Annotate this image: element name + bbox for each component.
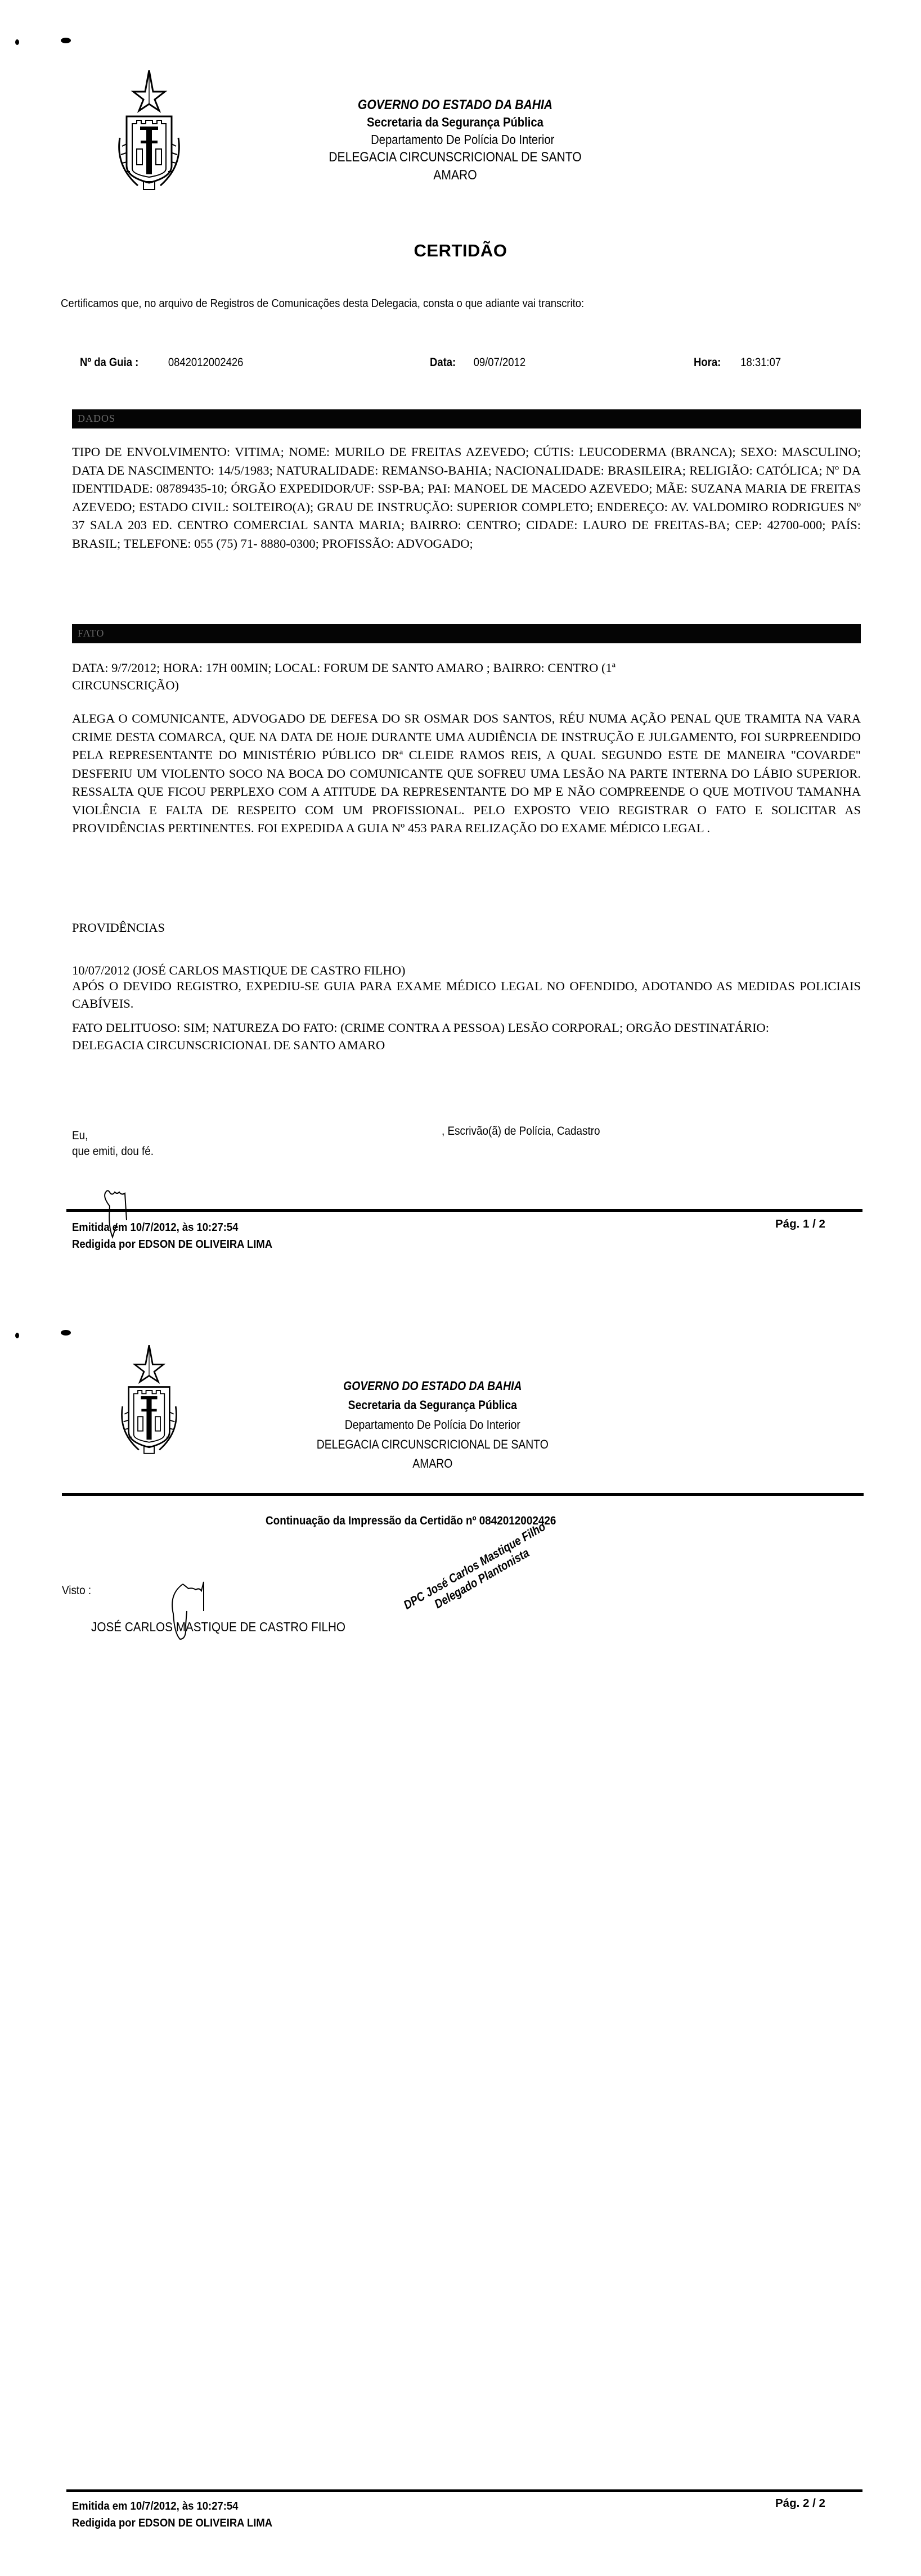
- providencias-entry-text: APÓS O DEVIDO REGISTRO, EXPEDIU-SE GUIA …: [72, 977, 861, 1012]
- letterhead: GOVERNO DO ESTADO DA BAHIA Secretaria da…: [307, 97, 604, 184]
- footer-drafted-by: Redigida por EDSON DE OLIVEIRA LIMA: [72, 1236, 272, 1253]
- fato-delituoso: FATO DELITUOSO: SIM; NATUREZA DO FATO: (…: [72, 1019, 803, 1054]
- station-name: DELEGACIA CIRCUNSCRICIONAL DE SANTO AMAR…: [307, 148, 604, 184]
- page-number: Pág. 1 / 2: [775, 1217, 825, 1231]
- fact-narrative: ALEGA O COMUNICANTE, ADVOGADO DE DEFESA …: [72, 710, 861, 838]
- time-value: 18:31:07: [740, 356, 781, 369]
- secretariat-name: Secretaria da Segurança Pública: [304, 1396, 561, 1415]
- secretariat-name: Secretaria da Segurança Pública: [307, 114, 604, 130]
- providencias-label: PROVIDÊNCIAS: [72, 921, 165, 935]
- section-bar-person: DADOS: [72, 409, 861, 428]
- attestation-escrivao: , Escrivão(ã) de Polícia, Cadastro: [442, 1125, 600, 1138]
- department-name: Departamento De Polícia Do Interior: [304, 1415, 561, 1435]
- guia-number: Nº da Guia : 0842012002426: [80, 356, 243, 369]
- letterhead: GOVERNO DO ESTADO DA BAHIA Secretaria da…: [304, 1377, 561, 1473]
- government-name: GOVERNO DO ESTADO DA BAHIA: [307, 97, 604, 114]
- signatory-name: JOSÉ CARLOS MASTIQUE DE CASTRO FILHO: [91, 1619, 345, 1635]
- attestation-dou-fe: que emiti, dou fé.: [72, 1145, 154, 1158]
- scan-artifact: [61, 38, 71, 43]
- time-label: Hora:: [694, 356, 721, 369]
- signature-mark-icon: [141, 1577, 214, 1645]
- footer-divider: [66, 2489, 862, 2492]
- scan-artifact: [15, 39, 19, 45]
- issue-date: Data: 09/07/2012: [430, 356, 525, 369]
- document-title: CERTIDÃO: [0, 241, 921, 261]
- guia-value: 0842012002426: [168, 356, 244, 369]
- visto-label: Visto :: [62, 1584, 91, 1598]
- providencias-entry-header: 10/07/2012 (JOSÉ CARLOS MASTIQUE DE CAST…: [72, 963, 406, 978]
- fact-header: DATA: 9/7/2012; HORA: 17H 00MIN; LOCAL: …: [72, 659, 725, 694]
- footer-divider: [66, 1209, 862, 1212]
- intro-statement: Certificamos que, no arquivo de Registro…: [61, 297, 584, 310]
- department-name: Departamento De Polícia Do Interior: [307, 130, 604, 148]
- section-bar-label: FATO: [78, 628, 104, 639]
- issue-time: Hora: 18:31:07: [694, 356, 781, 369]
- footer-emitted: Emitida em 10/7/2012, às 10:27:54: [72, 1219, 238, 1236]
- attestation-eu: Eu,: [72, 1129, 88, 1143]
- guia-label: Nº da Guia :: [80, 356, 138, 369]
- date-label: Data:: [430, 356, 456, 369]
- government-name: GOVERNO DO ESTADO DA BAHIA: [304, 1377, 561, 1396]
- stamp-line-2: Delegado Plantonista: [391, 1522, 572, 1635]
- page-number: Pág. 2 / 2: [775, 2497, 825, 2510]
- header-divider: [62, 1493, 864, 1496]
- scan-artifact: [15, 1333, 19, 1338]
- continuation-title: Continuação da Impressão da Certidão nº …: [266, 1513, 556, 1530]
- station-name: DELEGACIA CIRCUNSCRICIONAL DE SANTO AMAR…: [304, 1435, 561, 1473]
- bahia-coat-of-arms-icon: [115, 70, 183, 194]
- section-bar-label: DADOS: [78, 413, 115, 425]
- date-value: 09/07/2012: [474, 356, 525, 369]
- bahia-coat-of-arms-icon: [118, 1345, 180, 1458]
- scan-artifact: [61, 1330, 71, 1336]
- section-bar-fact: FATO: [72, 624, 861, 643]
- involvement-details: TIPO DE ENVOLVIMENTO: VITIMA; NOME: MURI…: [72, 443, 861, 553]
- footer-emitted: Emitida em 10/7/2012, às 10:27:54: [72, 2498, 238, 2515]
- footer-drafted-by: Redigida por EDSON DE OLIVEIRA LIMA: [72, 2515, 272, 2532]
